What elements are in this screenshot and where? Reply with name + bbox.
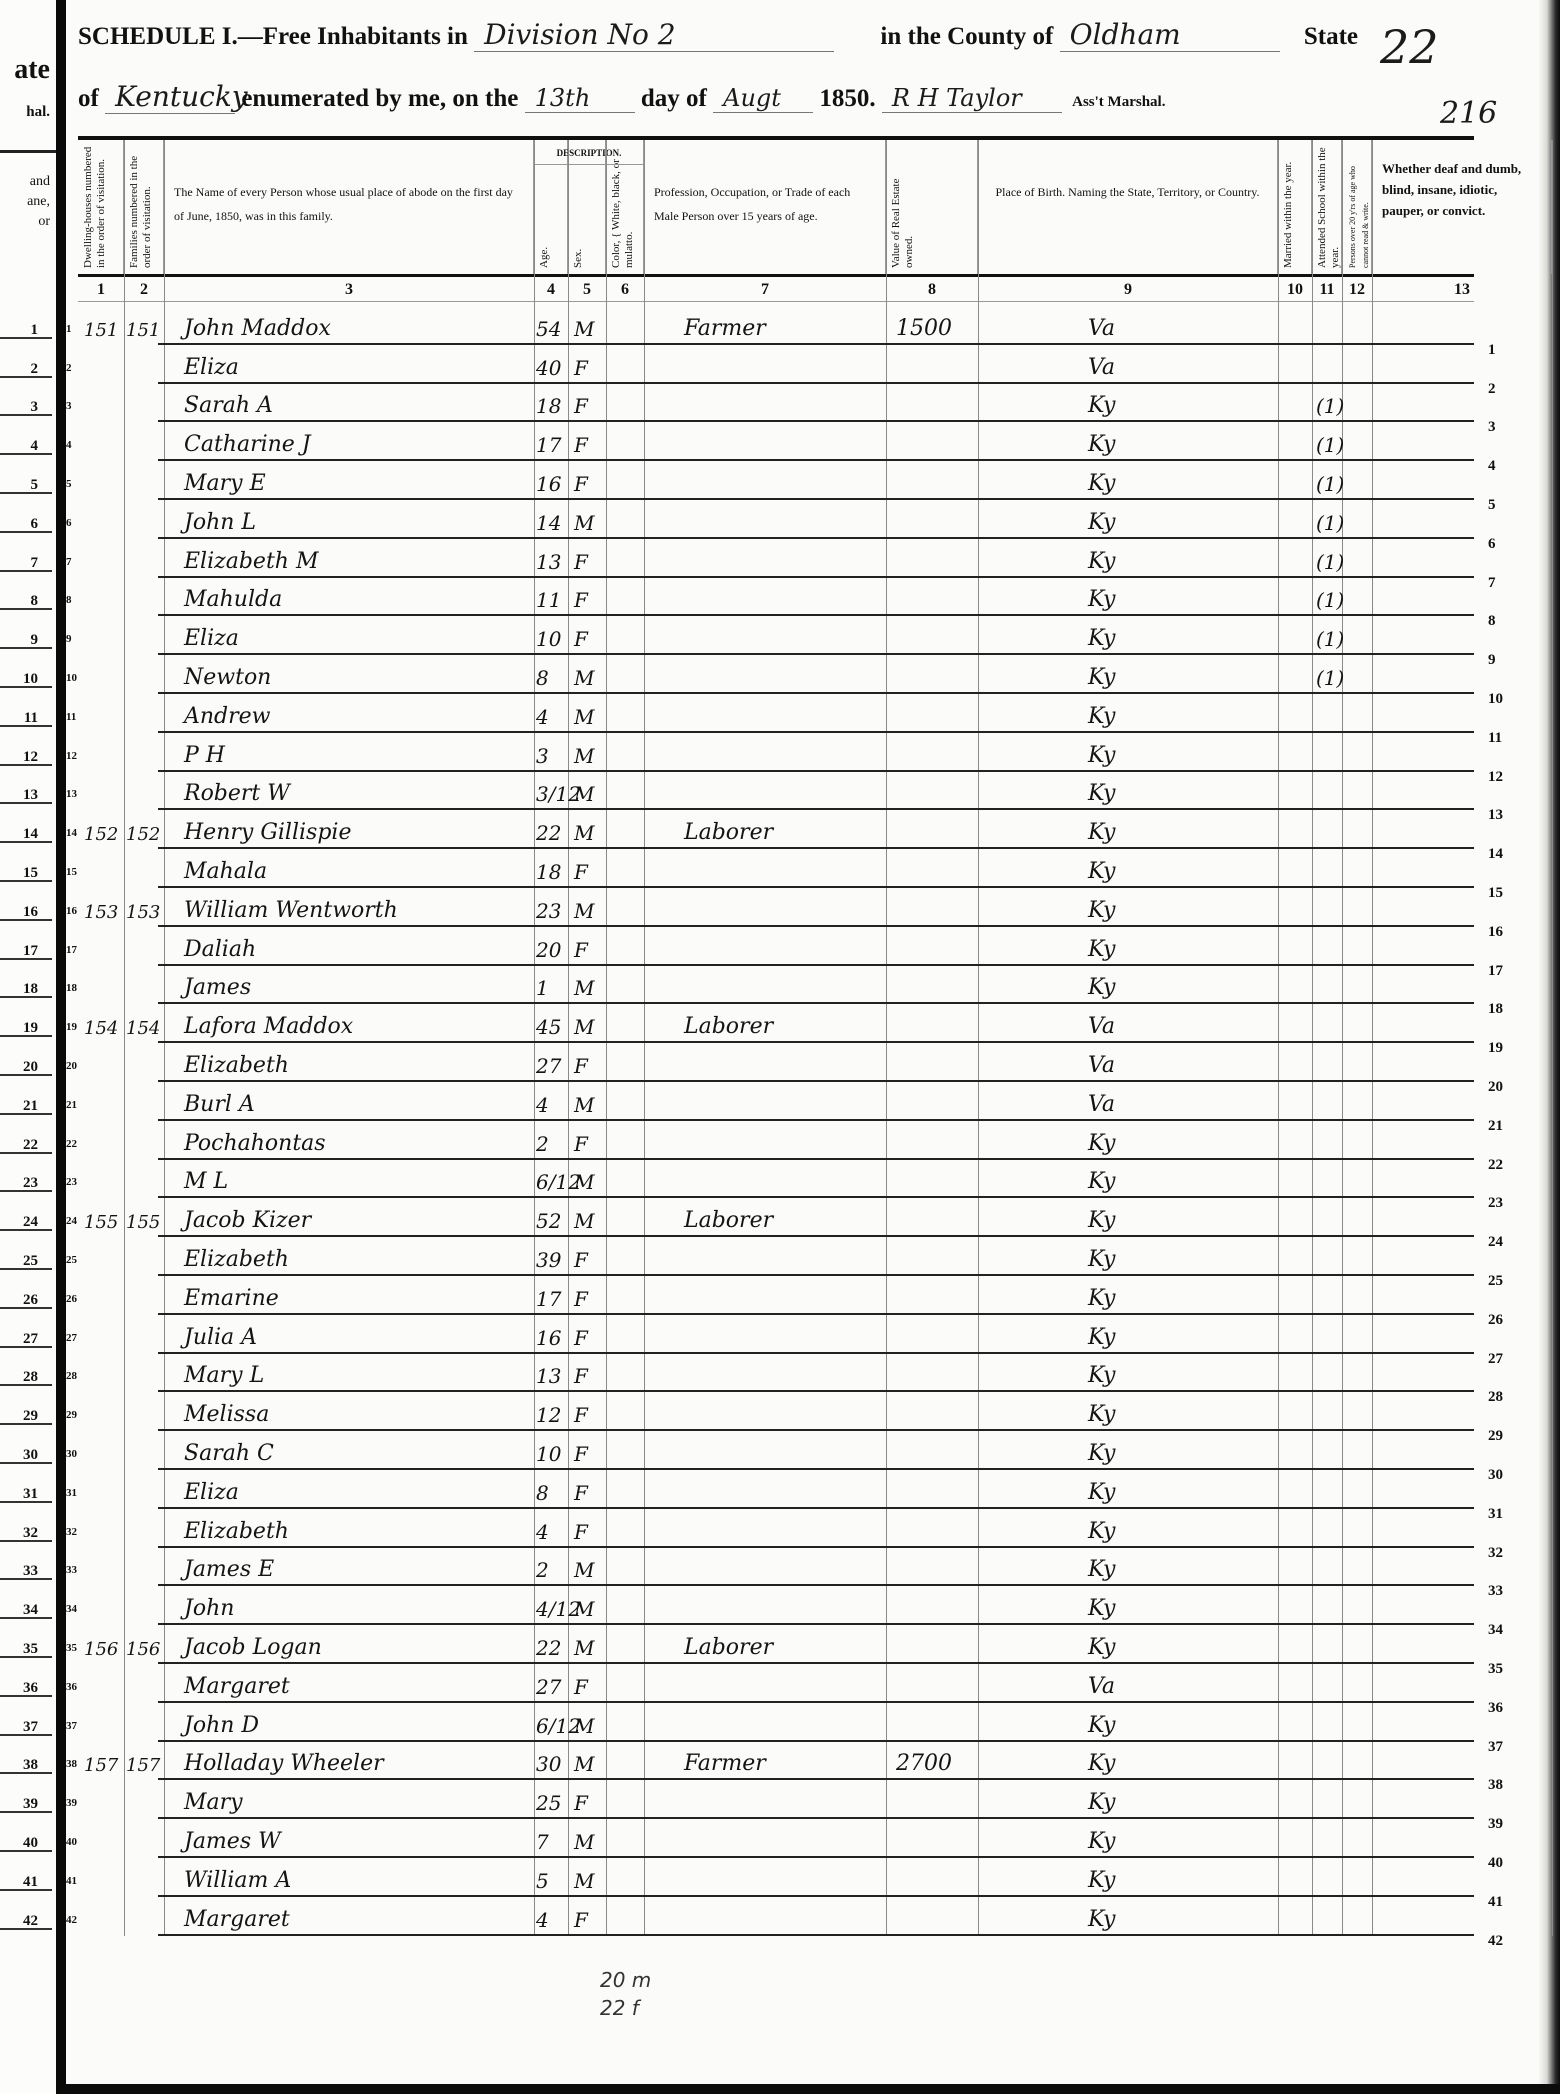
page-edge-shadow xyxy=(1538,0,1560,2094)
cell-age: 30 xyxy=(536,1752,561,1776)
line-number-left: 12 xyxy=(8,749,38,766)
cell-age: 40 xyxy=(536,356,561,380)
census-row: 2727Julia A16FKy27 xyxy=(78,1315,1474,1354)
census-row: 2828Mary L13FKy28 xyxy=(78,1354,1474,1393)
schedule-label: SCHEDULE I.—Free Inhabitants in xyxy=(78,23,468,50)
line-number-left: 17 xyxy=(8,943,38,960)
cell-family: 151 xyxy=(126,320,160,341)
line-number-right: 26 xyxy=(1488,1312,1503,1329)
column-header-1: Dwelling-houses numbered in the order of… xyxy=(78,140,124,274)
cell-school: (1) xyxy=(1316,588,1344,612)
cell-birthplace: Ky xyxy=(1088,1480,1115,1505)
column-number-11: 11 xyxy=(1312,281,1342,299)
cell-age: 8 xyxy=(536,1481,549,1505)
line-number-left: 38 xyxy=(8,1757,38,1774)
cell-birthplace: Ky xyxy=(1088,1790,1115,1815)
division-field: Division No 2 xyxy=(474,18,834,52)
line-number-right: 31 xyxy=(1488,1506,1503,1523)
cell-sex: M xyxy=(574,1015,594,1039)
cell-sex: F xyxy=(574,1326,588,1350)
cell-name: Elizabeth xyxy=(184,1247,289,1272)
cell-sex: M xyxy=(574,976,594,1000)
cell-age: 16 xyxy=(536,472,561,496)
cell-birthplace: Ky xyxy=(1088,1131,1115,1156)
cell-sex: M xyxy=(574,744,594,768)
line-number-left: 27 xyxy=(8,1331,38,1348)
header-line-2: of Kentucky enumerated by me, on the 13t… xyxy=(78,80,1165,114)
census-row: 88Mahulda11FKy(1)8 xyxy=(78,578,1474,617)
line-number-inner: 27 xyxy=(66,1332,77,1344)
cell-birthplace: Ky xyxy=(1088,1751,1115,1776)
cell-age: 2 xyxy=(536,1132,549,1156)
state-field: Kentucky xyxy=(105,80,235,114)
census-row: 2525Elizabeth39FKy25 xyxy=(78,1237,1474,1276)
cell-birthplace: Ky xyxy=(1088,898,1115,923)
cell-sex: F xyxy=(574,394,588,418)
line-number-right: 22 xyxy=(1488,1157,1503,1174)
cell-name: Catharine J xyxy=(184,432,311,457)
cell-dwelling: 152 xyxy=(84,824,118,845)
column-header-label: Married within the year. xyxy=(1282,144,1310,268)
cell-name: P H xyxy=(184,743,225,768)
line-number-right: 35 xyxy=(1488,1661,1503,1678)
cell-sex: M xyxy=(574,782,594,806)
cell-name: Lafora Maddox xyxy=(184,1014,353,1039)
census-row: 2626Emarine17FKy26 xyxy=(78,1276,1474,1315)
cell-dwelling: 156 xyxy=(84,1639,118,1660)
header-line-1: SCHEDULE I.—Free Inhabitants in Division… xyxy=(78,18,1358,52)
cell-birthplace: Va xyxy=(1088,1014,1115,1039)
line-number-right: 6 xyxy=(1488,536,1496,553)
cell-sex: M xyxy=(574,821,594,845)
cell-school: (1) xyxy=(1316,550,1344,574)
cell-age: 11 xyxy=(536,588,561,612)
cell-name: Eliza xyxy=(184,355,239,380)
line-number-right: 8 xyxy=(1488,613,1496,630)
cell-age: 18 xyxy=(536,860,561,884)
census-row: 1515Mahala18FKy15 xyxy=(78,849,1474,888)
line-number-right: 29 xyxy=(1488,1428,1503,1445)
cell-age: 14 xyxy=(536,511,561,535)
census-row: 2929Melissa12FKy29 xyxy=(78,1392,1474,1431)
line-number-inner: 10 xyxy=(66,672,77,684)
line-number-right: 4 xyxy=(1488,458,1496,475)
line-number-right: 27 xyxy=(1488,1351,1503,1368)
cell-sex: F xyxy=(574,1364,588,1388)
cell-birthplace: Ky xyxy=(1088,549,1115,574)
line-number-right: 20 xyxy=(1488,1079,1503,1096)
line-number-inner: 34 xyxy=(66,1603,77,1615)
column-header-label: Profession, Occupation, or Trade of each… xyxy=(654,180,875,228)
cell-name: Newton xyxy=(184,665,271,690)
line-number-left: 19 xyxy=(8,1020,38,1037)
cell-sex: F xyxy=(574,627,588,651)
line-number-left: 4 xyxy=(8,438,38,455)
line-number-inner: 6 xyxy=(66,517,72,529)
cell-sex: M xyxy=(574,1170,594,1194)
column-number-10: 10 xyxy=(1278,281,1312,299)
cell-name: Eliza xyxy=(184,626,239,651)
previous-page-title-fragment: ate xyxy=(14,54,50,86)
cell-name: Elizabeth M xyxy=(184,549,318,574)
cell-occupation: Laborer xyxy=(684,1208,773,1233)
cell-sex: M xyxy=(574,1714,594,1738)
cell-sex: F xyxy=(574,938,588,962)
cell-sex: M xyxy=(574,1558,594,1582)
line-number-right: 14 xyxy=(1488,846,1503,863)
cell-name: James xyxy=(184,975,251,1000)
cell-sex: M xyxy=(574,1830,594,1854)
line-number-inner: 39 xyxy=(66,1797,77,1809)
marshal-label: Ass't Marshal. xyxy=(1072,94,1165,110)
line-number-left: 40 xyxy=(8,1835,38,1852)
cell-name: Emarine xyxy=(184,1286,279,1311)
column-number-13: 13 xyxy=(1372,281,1552,299)
cell-name: William A xyxy=(184,1868,291,1893)
line-number-inner: 18 xyxy=(66,982,77,994)
cell-sex: M xyxy=(574,899,594,923)
cell-occupation: Farmer xyxy=(684,1751,766,1776)
census-row: 1313Robert W3/12MKy13 xyxy=(78,772,1474,811)
line-number-inner: 13 xyxy=(66,788,77,800)
census-row: 3333James E2MKy33 xyxy=(78,1548,1474,1587)
cell-name: Mahulda xyxy=(184,587,282,612)
line-number-left: 18 xyxy=(8,981,38,998)
line-number-right: 41 xyxy=(1488,1894,1503,1911)
line-number-inner: 28 xyxy=(66,1370,77,1382)
line-number-inner: 22 xyxy=(66,1138,77,1150)
cell-age: 4 xyxy=(536,705,549,729)
column-header-3: The Name of every Person whose usual pla… xyxy=(164,140,534,274)
census-row: 1212P H3MKy12 xyxy=(78,733,1474,772)
line-number-left: 9 xyxy=(8,632,38,649)
cell-name: Julia A xyxy=(184,1325,257,1350)
cell-name: Margaret xyxy=(184,1674,290,1699)
census-row: 3030Sarah C10FKy30 xyxy=(78,1431,1474,1470)
cell-sex: M xyxy=(574,1869,594,1893)
column-header-2: Families numbered in the order of visita… xyxy=(124,140,164,274)
cell-age: 12 xyxy=(536,1403,561,1427)
month-field: Augt xyxy=(713,84,813,113)
day-field: 13th xyxy=(525,84,635,113)
census-row: 1818James1MKy18 xyxy=(78,966,1474,1005)
line-number-right: 13 xyxy=(1488,807,1503,824)
previous-page-col13-fragment: and ane, or xyxy=(27,172,50,232)
tally-females: 22 f xyxy=(600,1994,651,2022)
line-number-right: 1 xyxy=(1488,342,1496,359)
census-row: 3434John4/12MKy34 xyxy=(78,1586,1474,1625)
line-number-left: 20 xyxy=(8,1059,38,1076)
cell-birthplace: Va xyxy=(1088,355,1115,380)
line-number-inner: 15 xyxy=(66,866,77,878)
cell-family: 154 xyxy=(126,1018,160,1039)
cell-age: 8 xyxy=(536,666,549,690)
column-number-5: 5 xyxy=(568,281,606,299)
line-number-inner: 41 xyxy=(66,1875,77,1887)
line-number-inner: 1 xyxy=(66,323,72,335)
cell-age: 22 xyxy=(536,821,561,845)
column-header-label: Value of Real Estate owned. xyxy=(890,144,976,268)
line-number-right: 10 xyxy=(1488,691,1503,708)
cell-name: Pochahontas xyxy=(184,1131,326,1156)
census-row: 2424155155Jacob Kizer52MLaborerKy24 xyxy=(78,1198,1474,1237)
line-number-left: 23 xyxy=(8,1175,38,1192)
line-number-left: 29 xyxy=(8,1408,38,1425)
cell-age: 27 xyxy=(536,1675,561,1699)
column-header-13: Whether deaf and dumb, blind, insane, id… xyxy=(1372,140,1552,274)
census-row: 11151151John Maddox54MFarmer1500Va1 xyxy=(78,306,1474,345)
census-row: 2222Pochahontas2FKy22 xyxy=(78,1121,1474,1160)
line-number-inner: 9 xyxy=(66,633,72,645)
cell-age: 17 xyxy=(536,1287,561,1311)
cell-birthplace: Ky xyxy=(1088,1519,1115,1544)
line-number-inner: 25 xyxy=(66,1254,77,1266)
cell-sex: M xyxy=(574,511,594,535)
cell-name: Jacob Kizer xyxy=(184,1208,311,1233)
cell-birthplace: Ky xyxy=(1088,1713,1115,1738)
cell-age: 18 xyxy=(536,394,561,418)
cell-sex: F xyxy=(574,1675,588,1699)
cell-occupation: Farmer xyxy=(684,316,766,341)
enumerated-label: enumerated by me, on the xyxy=(241,85,518,112)
cell-birthplace: Ky xyxy=(1088,1208,1115,1233)
cell-age: 39 xyxy=(536,1248,561,1272)
cell-name: Sarah A xyxy=(184,393,273,418)
cell-sex: F xyxy=(574,1791,588,1815)
cell-sex: F xyxy=(574,1442,588,1466)
cell-birthplace: Ky xyxy=(1088,704,1115,729)
cell-age: 1 xyxy=(536,976,549,1000)
cell-birthplace: Ky xyxy=(1088,393,1115,418)
line-number-right: 25 xyxy=(1488,1273,1503,1290)
cell-sex: M xyxy=(574,666,594,690)
line-number-right: 38 xyxy=(1488,1777,1503,1794)
cell-sex: M xyxy=(574,1209,594,1233)
line-number-left: 5 xyxy=(8,477,38,494)
cell-school: (1) xyxy=(1316,627,1344,651)
line-number-left: 36 xyxy=(8,1680,38,1697)
line-number-inner: 19 xyxy=(66,1021,77,1033)
cell-name: William Wentworth xyxy=(184,898,398,923)
line-number-inner: 24 xyxy=(66,1215,77,1227)
census-row: 1919154154Lafora Maddox45MLaborerVa19 xyxy=(78,1004,1474,1043)
cell-sex: M xyxy=(574,1752,594,1776)
cell-birthplace: Va xyxy=(1088,1092,1115,1117)
cell-name: Burl A xyxy=(184,1092,255,1117)
line-number-inner: 11 xyxy=(66,711,76,723)
line-number-inner: 12 xyxy=(66,750,77,762)
column-header-11: Attended School within the year. xyxy=(1312,140,1342,274)
cell-age: 7 xyxy=(536,1830,549,1854)
column-number-7: 7 xyxy=(644,281,886,299)
census-row: 66John L14MKy(1)6 xyxy=(78,500,1474,539)
cell-age: 22 xyxy=(536,1636,561,1660)
cell-name: M L xyxy=(184,1169,228,1194)
line-number-inner: 38 xyxy=(66,1758,77,1770)
line-number-right: 11 xyxy=(1488,730,1502,747)
cell-sex: M xyxy=(574,1093,594,1117)
census-row: 1414152152Henry Gillispie22MLaborerKy14 xyxy=(78,810,1474,849)
line-number-right: 17 xyxy=(1488,963,1503,980)
cell-occupation: Laborer xyxy=(684,1014,773,1039)
cell-age: 52 xyxy=(536,1209,561,1233)
line-number-inner: 40 xyxy=(66,1836,77,1848)
line-number-left: 11 xyxy=(8,710,38,727)
line-number-left: 10 xyxy=(8,671,38,688)
cell-birthplace: Va xyxy=(1088,1674,1115,1699)
line-number-right: 33 xyxy=(1488,1583,1503,1600)
line-number-right: 18 xyxy=(1488,1001,1503,1018)
cell-name: James W xyxy=(184,1829,281,1854)
census-row: 3737John D6/12MKy37 xyxy=(78,1703,1474,1742)
line-number-right: 2 xyxy=(1488,381,1496,398)
line-number-left: 37 xyxy=(8,1719,38,1736)
cell-birthplace: Ky xyxy=(1088,781,1115,806)
line-number-right: 12 xyxy=(1488,769,1503,786)
line-number-inner: 8 xyxy=(66,594,72,606)
cell-birthplace: Ky xyxy=(1088,743,1115,768)
cell-sex: F xyxy=(574,588,588,612)
line-number-inner: 26 xyxy=(66,1293,77,1305)
line-number-right: 16 xyxy=(1488,924,1503,941)
line-number-inner: 16 xyxy=(66,905,77,917)
census-row: 1010Newton8MKy(1)10 xyxy=(78,655,1474,694)
cell-sex: F xyxy=(574,1054,588,1078)
cell-school: (1) xyxy=(1316,394,1344,418)
cell-birthplace: Ky xyxy=(1088,626,1115,651)
page-number-stamp: 22 xyxy=(1380,20,1439,74)
cell-birthplace: Ky xyxy=(1088,1635,1115,1660)
cell-name: Robert W xyxy=(184,781,290,806)
line-number-left: 28 xyxy=(8,1369,38,1386)
cell-occupation: Laborer xyxy=(684,820,773,845)
line-number-inner: 32 xyxy=(66,1526,77,1538)
cell-age: 25 xyxy=(536,1791,561,1815)
previous-page-marshal-fragment: hal. xyxy=(26,104,50,121)
census-row: 1616153153William Wentworth23MKy16 xyxy=(78,888,1474,927)
cell-birthplace: Ky xyxy=(1088,665,1115,690)
cell-age: 54 xyxy=(536,317,561,341)
line-number-left: 22 xyxy=(8,1137,38,1154)
cell-sex: F xyxy=(574,1908,588,1932)
cell-age: 4 xyxy=(536,1093,549,1117)
cell-sex: F xyxy=(574,1287,588,1311)
cell-name: Jacob Logan xyxy=(184,1635,322,1660)
cell-name: John L xyxy=(184,510,256,535)
previous-page-rule xyxy=(0,150,56,153)
previous-page-edge: ate hal. and ane, or xyxy=(0,0,56,2094)
cell-sex: F xyxy=(574,433,588,457)
census-row: 1111Andrew4MKy11 xyxy=(78,694,1474,733)
census-row: 3232Elizabeth4FKy32 xyxy=(78,1509,1474,1548)
column-number-12: 12 xyxy=(1342,281,1372,299)
cell-name: Mary E xyxy=(184,471,266,496)
cell-birthplace: Ky xyxy=(1088,1441,1115,1466)
cell-age: 23 xyxy=(536,899,561,923)
line-number-left: 13 xyxy=(8,787,38,804)
line-number-right: 9 xyxy=(1488,652,1496,669)
cell-name: Henry Gillispie xyxy=(184,820,351,845)
cell-age: 27 xyxy=(536,1054,561,1078)
binding-spine xyxy=(56,0,66,2094)
cell-age: 2 xyxy=(536,1558,549,1582)
footer-tally: 20 m 22 f xyxy=(600,1966,651,2022)
cell-birthplace: Ky xyxy=(1088,1557,1115,1582)
column-number-3: 3 xyxy=(164,281,534,299)
schedule-header: SCHEDULE I.—Free Inhabitants in Division… xyxy=(78,0,1478,140)
cell-birthplace: Ky xyxy=(1088,1169,1115,1194)
cell-birthplace: Ky xyxy=(1088,859,1115,884)
cell-dwelling: 154 xyxy=(84,1018,118,1039)
line-number-inner: 20 xyxy=(66,1060,77,1072)
column-header-7: Profession, Occupation, or Trade of each… xyxy=(644,140,886,274)
line-number-inner: 17 xyxy=(66,944,77,956)
page-number-secondary: 216 xyxy=(1440,96,1497,131)
line-number-inner: 14 xyxy=(66,827,77,839)
cell-name: Sarah C xyxy=(184,1441,274,1466)
cell-birthplace: Ky xyxy=(1088,820,1115,845)
line-number-right: 36 xyxy=(1488,1700,1503,1717)
cell-name: John Maddox xyxy=(184,316,331,341)
cell-name: Mary L xyxy=(184,1363,264,1388)
line-number-left: 24 xyxy=(8,1214,38,1231)
cell-birthplace: Ky xyxy=(1088,1363,1115,1388)
column-header-label: Whether deaf and dumb, blind, insane, id… xyxy=(1382,158,1541,221)
cell-birthplace: Va xyxy=(1088,316,1115,341)
census-row: 4242Margaret4FKy42 xyxy=(78,1897,1474,1936)
cell-name: Holladay Wheeler xyxy=(184,1751,384,1776)
cell-birthplace: Ky xyxy=(1088,587,1115,612)
cell-birthplace: Ky xyxy=(1088,1286,1115,1311)
census-row: 4040James W7MKy40 xyxy=(78,1819,1474,1858)
line-number-right: 34 xyxy=(1488,1622,1503,1639)
census-row: 3131Eliza8FKy31 xyxy=(78,1470,1474,1509)
cell-family: 152 xyxy=(126,824,160,845)
line-number-right: 32 xyxy=(1488,1545,1503,1562)
cell-age: 5 xyxy=(536,1869,549,1893)
cell-sex: M xyxy=(574,1636,594,1660)
line-number-inner: 3 xyxy=(66,400,72,412)
cell-dwelling: 157 xyxy=(84,1755,118,1776)
county-label: in the County of xyxy=(880,23,1053,50)
column-header-label: Attended School within the year. xyxy=(1316,144,1340,268)
column-header-12: Persons over 20 y'rs of age who cannot r… xyxy=(1342,140,1372,274)
cell-birthplace: Ky xyxy=(1088,1868,1115,1893)
census-row: 2121Burl A4MVa21 xyxy=(78,1082,1474,1121)
cell-sex: M xyxy=(574,705,594,729)
census-row: 3636Margaret27FVa36 xyxy=(78,1664,1474,1703)
cell-school: (1) xyxy=(1316,433,1344,457)
line-number-left: 34 xyxy=(8,1602,38,1619)
description-group-label: DESCRIPTION. xyxy=(534,148,644,165)
line-number-left: 7 xyxy=(8,555,38,572)
line-number-left: 6 xyxy=(8,516,38,533)
cell-real-estate: 2700 xyxy=(896,1751,952,1776)
cell-sex: F xyxy=(574,860,588,884)
line-number-inner: 42 xyxy=(66,1914,77,1926)
line-number-inner: 23 xyxy=(66,1176,77,1188)
column-number-row: 12345678910111213 xyxy=(78,274,1474,302)
line-number-left: 30 xyxy=(8,1447,38,1464)
line-number-right: 42 xyxy=(1488,1933,1503,1950)
cell-birthplace: Ky xyxy=(1088,471,1115,496)
cell-birthplace: Ky xyxy=(1088,937,1115,962)
line-number-left: 41 xyxy=(8,1874,38,1891)
line-number-left: 39 xyxy=(8,1796,38,1813)
line-number-inner: 35 xyxy=(66,1642,77,1654)
cell-birthplace: Ky xyxy=(1088,1325,1115,1350)
cell-age: 16 xyxy=(536,1326,561,1350)
